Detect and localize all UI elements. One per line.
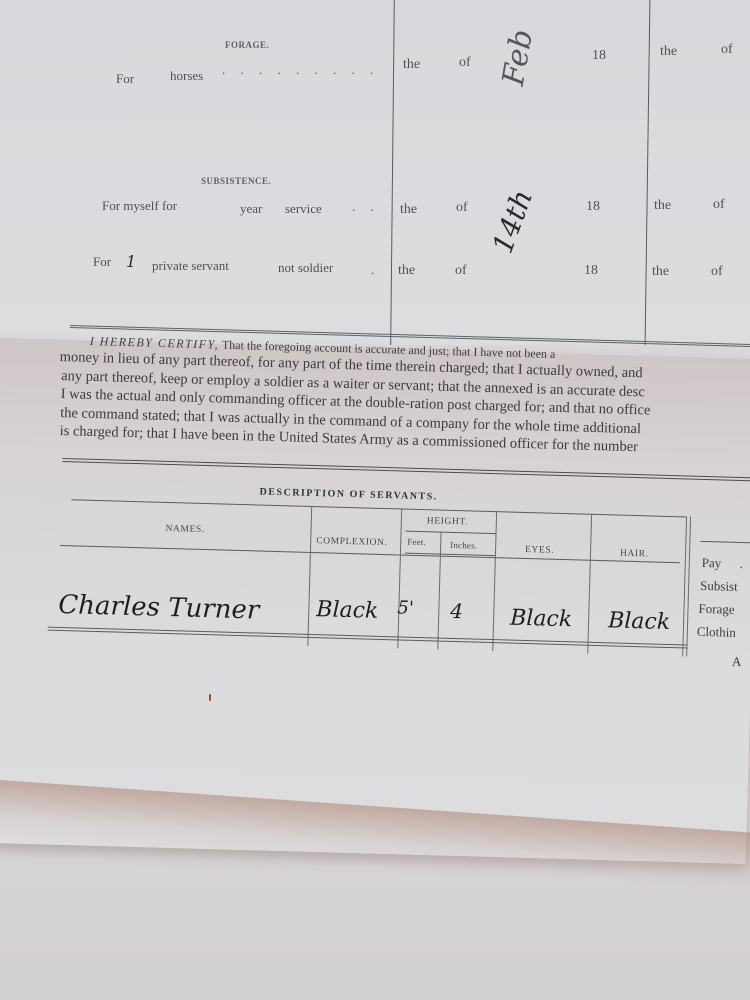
subsistence-row1-col1-the: the xyxy=(400,202,417,218)
subsistence-row2-col2-the: the xyxy=(652,264,669,280)
servant-height-feet: 5' xyxy=(397,597,414,618)
column-divider-2 xyxy=(645,0,651,345)
side-summary-pay: Pay xyxy=(702,555,722,572)
servant-eyes: Black xyxy=(510,606,573,633)
servant-height-inches: 4 xyxy=(450,599,463,623)
forage-col2-of: of xyxy=(721,42,733,58)
forage-col2-the: the xyxy=(660,44,677,60)
servants-row-rule xyxy=(48,627,688,646)
subsistence-row1-label-mid: year xyxy=(240,201,262,217)
subsistence-row2-col1-of: of xyxy=(455,263,467,279)
servants-row-rule-double xyxy=(48,630,688,649)
side-summary-pay-leader: . xyxy=(740,556,744,572)
side-summary-top-rule xyxy=(700,541,750,544)
subsistence-row1-label-prefix: For myself for xyxy=(102,198,177,214)
col-head-names: NAMES. xyxy=(165,524,204,535)
subsistence-row1-col1-of: of xyxy=(456,200,468,216)
servant-name: Charles Turner xyxy=(58,590,260,626)
column-divider-1 xyxy=(390,0,395,345)
subsistence-row2-label-prefix: For xyxy=(93,254,111,270)
forage-col1-year: 18 xyxy=(592,48,606,64)
forage-col1-the: the xyxy=(403,57,420,73)
col-divider-complexion xyxy=(397,508,402,648)
subsistence-row2-col2-of: of xyxy=(711,264,723,280)
subsistence-row2-col1-year: 18 xyxy=(584,263,598,279)
subsistence-row2-col1-the: the xyxy=(398,263,415,279)
servants-table: DESCRIPTION OF SERVANTS. NAMES. COMPLEXI… xyxy=(56,475,750,714)
col-divider-hair-double xyxy=(686,517,691,657)
col-head-inches: Inches. xyxy=(450,540,477,551)
side-summary-forage: Forage xyxy=(698,601,735,618)
forage-row-label-item: horses xyxy=(170,68,203,84)
forage-leaders: . . . . . . . . . xyxy=(222,62,379,78)
handwritten-month: Feb xyxy=(496,27,540,88)
col-head-height: HEIGHT. xyxy=(427,516,468,527)
subsistence-row2-label-mid: private servant xyxy=(152,258,229,274)
title-underline xyxy=(71,499,686,517)
col-divider-names xyxy=(307,506,312,646)
height-subhead-rule xyxy=(406,531,496,535)
subsistence-heading: SUBSISTENCE. xyxy=(201,176,271,186)
upper-form-sheet: FORAGE. For horses . . . . . . . . . the… xyxy=(0,0,750,345)
forage-row-label-prefix: For xyxy=(116,71,134,87)
col-head-feet: Feet. xyxy=(407,537,426,548)
col-divider-feet xyxy=(437,532,441,650)
subsistence-row2-label-suffix: not soldier xyxy=(278,260,333,276)
subsistence-row2-leaders: . xyxy=(371,262,374,278)
forage-heading: FORAGE. xyxy=(225,40,269,50)
col-head-eyes: EYES. xyxy=(525,545,554,556)
forage-col1-of: of xyxy=(459,55,471,71)
paper-speck xyxy=(209,694,211,701)
handwritten-day: 14th xyxy=(486,185,539,257)
col-head-hair: HAIR. xyxy=(620,549,649,560)
handwritten-servant-count: 1 xyxy=(126,252,136,271)
subsistence-row1-label-suffix: service xyxy=(285,201,322,217)
subsistence-row1-col2-the: the xyxy=(654,198,671,214)
side-summary-a: A xyxy=(732,654,742,670)
subsistence-row1-col1-year: 18 xyxy=(586,199,600,215)
side-summary-subsistence: Subsist xyxy=(700,578,738,595)
col-head-complexion: COMPLEXION. xyxy=(316,536,388,548)
subsistence-row1-leaders: . . xyxy=(352,199,380,215)
side-summary-clothing: Clothin xyxy=(697,624,736,641)
subsistence-row1-col2-of: of xyxy=(713,197,725,213)
col-divider-eyes xyxy=(587,514,592,654)
servant-complexion: Black xyxy=(316,597,379,624)
servants-table-title: DESCRIPTION OF SERVANTS. xyxy=(259,487,437,503)
header-bottom-rule xyxy=(60,545,680,563)
servant-hair: Black xyxy=(608,608,671,635)
